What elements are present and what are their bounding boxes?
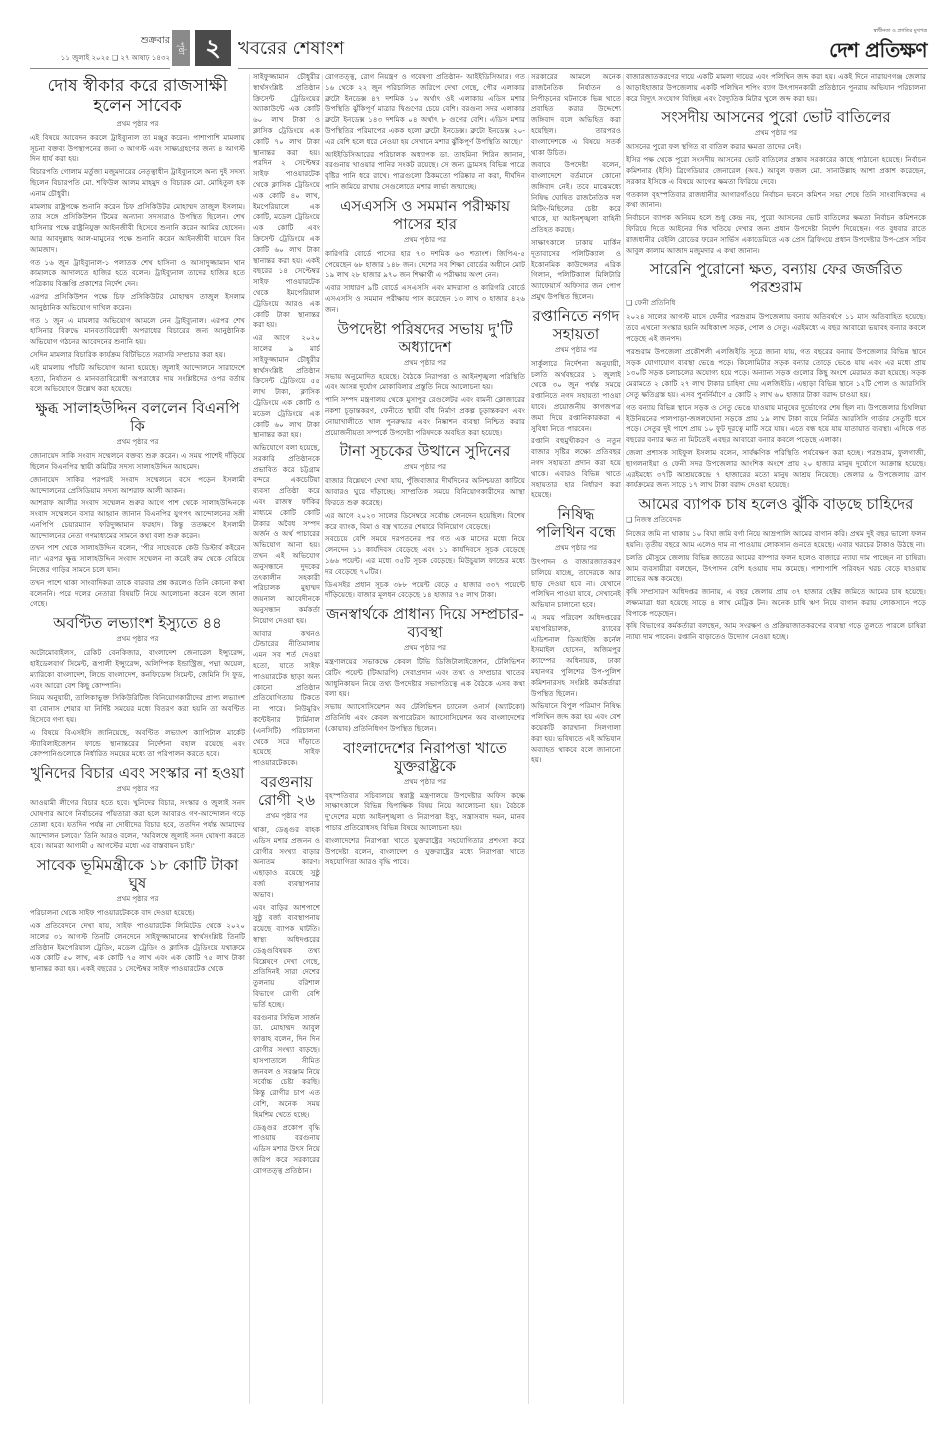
article-paragraph: রোগতত্ত্ব, রোগ নিয়ন্ত্রণ ও গবেষণা প্রতি… <box>325 72 525 148</box>
issue-date-block: শুক্রবার ১১ জুলাই ২০২৫ ❑ ২৭ আষাঢ় ১৪৩২ <box>30 34 170 64</box>
article-paragraph: ২০২৪ সালের আগস্ট মাসে ফেনীর পরশুরাম উপজে… <box>626 312 926 344</box>
article-paragraph: সার্কুলারে নির্দেশনা অনুযায়ী, চলতি অর্থ… <box>531 359 621 435</box>
article-paragraph: গত বন্যায় বিভিন্ন স্থানে সড়ক ও সেতু ভে… <box>626 403 926 446</box>
news-article: সাইফুজ্জামান চৌধুরীর স্বার্থসংশ্লিষ্ট প্… <box>253 72 320 769</box>
article-headline: সংসদীয় আসনের পুরো ভোট বাতিলের <box>626 108 926 126</box>
news-article: বরগুনায় রোগী ২৬প্রথম পৃষ্ঠার পরথাকা, ডে… <box>253 773 320 1177</box>
article-paragraph: এই মামলায় পাঁচটি অভিযোগ আনা হয়েছে। জুল… <box>30 363 245 395</box>
article-paragraph: সাইফুজ্জামান চৌধুরীর স্বার্থসংশ্লিষ্ট প্… <box>253 72 320 331</box>
article-headline: সাবেক ভূমিমন্ত্রীকে ১৮ কোটি টাকা ঘুষ <box>30 856 245 892</box>
newspaper-logo: স্বাধীনতা ও প্রগতির মুখপত্র দেশ প্রতিক্ষ… <box>829 28 927 69</box>
article-paragraph: সবচেয়ে বেশি সময়ে দরপতনের পর গত এক মাসে… <box>325 534 525 577</box>
article-paragraph: পরশুরাম উপজেলা প্রকৌশলী এলজিইডি সূত্রে জ… <box>626 347 926 401</box>
article-headline: ক্ষুব্ধ সালাহউদ্দিন বললেন বিএনপি কি <box>30 399 245 435</box>
article-headline: উপদেষ্টা পরিষদের সভায় দু'টি অধ্যাদেশ <box>325 320 525 356</box>
article-paragraph: কৃষি বিভাগের কর্মকর্তারা বলছেন, আম সংরক্… <box>626 621 926 643</box>
article-byline: ❑ ফেনী প্রতিনিধি <box>626 297 926 309</box>
article-body: জোনায়েদ সাকি সংবাদ সম্মেলনে বক্তব্য শুর… <box>30 451 245 610</box>
article-body: কারিগরি বোর্ডে পাসের হার ৭৩ দশমিক ৬৩ শতা… <box>325 249 525 316</box>
news-article: বাংলাদেশের নিরাপত্তা খাতে যুক্তরাষ্ট্রকে… <box>325 739 525 869</box>
article-body: থাকা, ডেঙ্গুর বাহক এডিস মশার প্রজনন ও রো… <box>253 825 320 1177</box>
page-label: পৃষ্ঠা <box>172 30 190 66</box>
article-paragraph: ডেঙ্গুর প্রকোপ বৃদ্ধি পাওয়ায় বরগুনায় … <box>253 1123 320 1177</box>
article-paragraph: আইইডিসিআরের পরিচালক অধ্যাপক ডা. তাহমিনা … <box>325 150 525 193</box>
article-paragraph: নিয়ম অনুযায়ী, তালিকাভুক্ত সিকিউরিটিজ ব… <box>30 693 245 725</box>
header-rule <box>238 68 928 69</box>
article-paragraph: জবাবে উপদেষ্টা বলেন, বাংলাদেশে বর্তমানে … <box>531 160 621 236</box>
column-5: বাজারজাতকরণের দায়ে একটি মামলা দায়ের এব… <box>626 72 926 1412</box>
article-headline: দোষ স্বীকার করে রাজসাক্ষী হলেন সাবেক <box>30 76 245 117</box>
article-paragraph: ডিএসইর প্রধান সূচক ৩৮৮ পয়েন্ট বেড়ে ৫ হ… <box>325 580 525 602</box>
article-paragraph: অভিযোগে বলা হয়েছে, সরকারি প্রতিষ্ঠানকে … <box>253 443 320 627</box>
article-headline: আমের ব্যাপক চাষ হলেও ঝুঁকি বাড়ছে চাহিদে… <box>626 495 926 513</box>
news-article: সারেনি পুরোনো ক্ষত, বন্যায় ফের জর্জরিত … <box>626 260 926 491</box>
continued-from-label: প্রথম পৃষ্ঠার পর <box>325 776 525 788</box>
issue-day: শুক্রবার <box>30 34 170 49</box>
article-body: সভায় অনুমোদিত হয়েছে। বৈঠকে নিরাপত্তা ও… <box>325 372 525 439</box>
article-paragraph: মামলায় রাষ্ট্রপক্ষে শুনানি করেন চিফ প্র… <box>30 202 245 256</box>
continued-from-label: প্রথম পৃষ্ঠার পর <box>30 783 245 795</box>
article-headline: টানা সূচকের উত্থানে সুদিনের <box>325 442 525 460</box>
news-article: জনস্বার্থকে প্রাধান্য দিয়ে সম্প্রচার-ব্… <box>325 605 525 735</box>
column-divider <box>249 74 250 1404</box>
column-1: দোষ স্বীকার করে রাজসাক্ষী হলেন সাবেকপ্রথ… <box>30 72 245 1412</box>
article-paragraph: কারিগরি বোর্ডে পাসের হার ৭৩ দশমিক ৬৩ শতা… <box>325 249 525 281</box>
news-article: দোষ স্বীকার করে রাজসাক্ষী হলেন সাবেকপ্রথ… <box>30 76 245 395</box>
article-paragraph: আওয়ামী লীগের বিচার হতে হবে। খুনিদের বিচ… <box>30 798 245 852</box>
news-article: সরকারের আমলে অনেক রাজনৈতিক নির্যাতন ও নি… <box>531 72 621 303</box>
article-body: সরকারের আমলে অনেক রাজনৈতিক নির্যাতন ও নি… <box>531 72 621 303</box>
article-body: পরিচালনা থেকে সাইফ পাওয়ারটেককে বাদ দেওয… <box>30 908 245 975</box>
article-paragraph: চলতি মৌসুমে জেলায় বিভিন্ন জাতের আমের বা… <box>626 553 926 585</box>
article-body: উৎপাদন ও বাজারজাতকরণ চালিয়ে যাচ্ছে, তাদ… <box>531 557 621 766</box>
continued-from-label: প্রথম পৃষ্ঠার পর <box>325 357 525 369</box>
continued-from-label: প্রথম পৃষ্ঠার পর <box>531 542 621 554</box>
column-3: রোগতত্ত্ব, রোগ নিয়ন্ত্রণ ও গবেষণা প্রতি… <box>325 72 525 1412</box>
news-article: বাজারজাতকরণের দায়ে একটি মামলা দায়ের এব… <box>626 72 926 104</box>
news-article: ক্ষুব্ধ সালাহউদ্দিন বললেন বিএনপি কিপ্রথম… <box>30 399 245 610</box>
page-number: ২ <box>195 30 231 66</box>
article-headline: এসএসসি ও সমমান পরীক্ষায় পাসের হার <box>325 197 525 233</box>
article-paragraph: তখন পাশে থাকা সাংবাদিকরা তাকে বারবার প্র… <box>30 578 245 610</box>
news-article: নিষিদ্ধ পলিথিন বন্ধেপ্রথম পৃষ্ঠার পরউৎপা… <box>531 505 621 766</box>
article-paragraph: পরিচালনা থেকে সাইফ পাওয়ারটেককে বাদ দেওয… <box>30 908 245 919</box>
article-paragraph: অটোমোবাইলস, রেকিট বেনকিজার, বাংলাদেশ জেন… <box>30 648 245 691</box>
article-paragraph: জোনায়েদ সাকি সংবাদ সম্মেলনে বক্তব্য শুর… <box>30 451 245 473</box>
news-article: সংসদীয় আসনের পুরো ভোট বাতিলেরপ্রথম পৃষ্… <box>626 108 926 256</box>
continued-from-label: প্রথম পৃষ্ঠার পর <box>325 642 525 654</box>
article-headline: খুনিদের বিচার এবং সংস্কার না হওয়া <box>30 764 245 782</box>
article-body: মন্ত্রণালয়ের সভাকক্ষে কেবল টিভি ডিজিটাল… <box>325 657 525 735</box>
article-paragraph: নির্বাচনে ব্যাপক অনিয়ম হলে শুধু কেন্দ্র… <box>626 213 926 256</box>
page-masthead: শুক্রবার ১১ জুলাই ২০২৫ ❑ ২৭ আষাঢ় ১৪৩২ প… <box>0 28 945 72</box>
article-paragraph: বরগুনার সিভিল সার্জন ডা. মোহাম্মদ আবুল ফ… <box>253 1013 320 1121</box>
article-body: বৃহস্পতিবার সচিবালয়ে স্বরাষ্ট্র মন্ত্রণ… <box>325 791 525 869</box>
article-paragraph: এবার সাধারণ ৯টি বোর্ডে এসএসসি এবং মাদরাস… <box>325 283 525 315</box>
article-paragraph: কৃষি সম্প্রসারণ অধিদপ্তর জানায়, এ বছর জ… <box>626 587 926 619</box>
article-headline: জনস্বার্থকে প্রাধান্য দিয়ে সম্প্রচার-ব্… <box>325 605 525 641</box>
continued-from-label: প্রথম পৃষ্ঠার পর <box>325 461 525 473</box>
article-headline: সারেনি পুরোনো ক্ষত, বন্যায় ফের জর্জরিত … <box>626 260 926 296</box>
article-paragraph: বিচারপতি গোলাম মর্তুজা মজুমদারের নেতৃত্ব… <box>30 167 245 199</box>
column-2: সাইফুজ্জামান চৌধুরীর স্বার্থসংশ্লিষ্ট প্… <box>253 72 320 1412</box>
column-4: সরকারের আমলে অনেক রাজনৈতিক নির্যাতন ও নি… <box>531 72 621 1412</box>
article-headline: রপ্তানিতে নগদ সহায়তা <box>531 307 621 343</box>
article-headline: নিষিদ্ধ পলিথিন বন্ধে <box>531 505 621 541</box>
continued-from-label: প্রথম পৃষ্ঠার পর <box>30 118 245 130</box>
news-article: সাবেক ভূমিমন্ত্রীকে ১৮ কোটি টাকা ঘুষপ্রথ… <box>30 856 245 975</box>
article-paragraph: আবার কখনও টেন্ডারের নীতিমালায় এমন সব শর… <box>253 629 320 769</box>
article-paragraph: এ সময় পরিবেশ অধিদপ্তরের মহাপরিচালক, র‍্… <box>531 613 621 699</box>
article-paragraph: এক প্রতিবেদনে দেখা যায়, সাইফ পাওয়ারটেক… <box>30 921 245 975</box>
article-paragraph: সরকারের আমলে অনেক রাজনৈতিক নির্যাতন ও নি… <box>531 72 621 158</box>
article-body: ২০২৪ সালের আগস্ট মাসে ফেনীর পরশুরাম উপজে… <box>626 312 926 491</box>
continued-from-label: প্রথম পৃষ্ঠার পর <box>30 893 245 905</box>
column-divider <box>623 74 624 1404</box>
article-paragraph: এবং বাড়ির আশপাশে সুষ্ঠু বর্জ্য ব্যবস্থা… <box>253 903 320 1011</box>
article-paragraph: নিজের জমি না থাকায় ১০ বিঘা জমি বর্গা নি… <box>626 529 926 551</box>
article-paragraph: এর আগে ২০২৩ সালের ডিসেম্বরে সর্বোচ্চ লেন… <box>325 511 525 533</box>
article-paragraph: থাকা, ডেঙ্গুর বাহক এডিস মশার প্রজনন ও রো… <box>253 825 320 901</box>
article-paragraph: বাজার বিশ্লেষণে দেখা যায়, পুঁজিবাজার দী… <box>325 476 525 508</box>
news-article: রপ্তানিতে নগদ সহায়তাপ্রথম পৃষ্ঠার পরসার… <box>531 307 621 501</box>
news-article: খুনিদের বিচার এবং সংস্কার না হওয়াপ্রথম … <box>30 764 245 852</box>
header-rule <box>30 68 170 69</box>
article-body: আওয়ামী লীগের বিচার হতে হবে। খুনিদের বিচ… <box>30 798 245 852</box>
article-body: আসনের পুরো ফল স্থগিত বা বাতিল করার ক্ষমত… <box>626 142 926 256</box>
article-headline: অবণ্টিত লভ্যাংশ ইস্যুতে ৪৪ <box>30 614 245 632</box>
continued-from-label: প্রথম পৃষ্ঠার পর <box>253 810 320 822</box>
article-headline: বাংলাদেশের নিরাপত্তা খাতে যুক্তরাষ্ট্রকে <box>325 739 525 775</box>
article-body: রোগতত্ত্ব, রোগ নিয়ন্ত্রণ ও গবেষণা প্রতি… <box>325 72 525 193</box>
article-paragraph: অভিযানে বিপুল পরিমাণ নিষিদ্ধ পলিথিন জব্দ… <box>531 701 621 766</box>
news-article: আমের ব্যাপক চাষ হলেও ঝুঁকি বাড়ছে চাহিদে… <box>626 495 926 643</box>
article-byline: ❑ নিজস্ব প্রতিবেদক <box>626 514 926 526</box>
article-paragraph: সেদিন মামলার বিচারিক কার্যক্রম বিটিভিতে … <box>30 350 245 361</box>
article-paragraph: এরপর প্রসিকিউশন পক্ষে চিফ প্রসিকিউটর মোহ… <box>30 292 245 314</box>
article-paragraph: রপ্তানি বহুমুখীকরণ ও নতুন বাজার সৃষ্টির … <box>531 436 621 501</box>
article-paragraph: গত ১৬ জুন ট্রাইব্যুনাল-১ পলাতক শেখ হাসিন… <box>30 258 245 290</box>
column-divider <box>528 74 529 1404</box>
article-paragraph: বাজারজাতকরণের দায়ে একটি মামলা দায়ের এব… <box>626 72 926 104</box>
news-article: টানা সূচকের উত্থানে সুদিনেরপ্রথম পৃষ্ঠার… <box>325 442 525 601</box>
article-paragraph: সভায় অ্যাসোসিয়েশন অব টেলিভিশন চ্যানেল … <box>325 702 525 734</box>
article-paragraph: বৃহস্পতিবার সচিবালয়ে স্বরাষ্ট্র মন্ত্রণ… <box>325 791 525 834</box>
section-title: খবরের শেষাংশ <box>238 34 344 65</box>
article-paragraph: তখন পাশ থেকে সালাহউদ্দিন বলেন, 'পীর সাহে… <box>30 543 245 575</box>
article-paragraph: সাক্ষাৎকালে ঢাকায় মার্কিন দূতাবাসের পলি… <box>531 238 621 303</box>
article-paragraph: এ বিষয়ে বিএসইসি জানিয়েছে, অবণ্টিত লভ্য… <box>30 728 245 760</box>
article-body: বাজার বিশ্লেষণে দেখা যায়, পুঁজিবাজার দী… <box>325 476 525 601</box>
article-body: বাজারজাতকরণের দায়ে একটি মামলা দায়ের এব… <box>626 72 926 104</box>
article-paragraph: পানি সম্পদ মন্ত্রণালয় থেকে মুসাপুর রেগু… <box>325 395 525 438</box>
column-divider <box>322 74 323 1404</box>
article-paragraph: জোনায়েদ সাকির পরপরই সংবাদ সম্মেলনে বসে … <box>30 475 245 497</box>
article-paragraph: এই বিষয়ে আবেদন করলে ট্রাইব্যুনাল তা মঞ্… <box>30 133 245 165</box>
brand-tagline: স্বাধীনতা ও প্রগতির মুখপত্র <box>829 28 927 36</box>
article-paragraph: গতকাল বৃহস্পতিবার রাজধানীর আগারগাঁওয়ে ন… <box>626 190 926 212</box>
article-paragraph: জেলা প্রশাসক সাইফুল ইসলাম বলেন, সার্বক্ষ… <box>626 448 926 491</box>
article-paragraph: আশরাফ আলীর সংবাদ সম্মেলন শুরুর আগে পাশ থ… <box>30 498 245 541</box>
article-body: নিজের জমি না থাকায় ১০ বিঘা জমি বর্গা নি… <box>626 529 926 643</box>
article-body: সাইফুজ্জামান চৌধুরীর স্বার্থসংশ্লিষ্ট প্… <box>253 72 320 769</box>
article-paragraph: উৎপাদন ও বাজারজাতকরণ চালিয়ে যাচ্ছে, তাদ… <box>531 557 621 611</box>
article-body: অটোমোবাইলস, রেকিট বেনকিজার, বাংলাদেশ জেন… <box>30 648 245 760</box>
continued-from-label: প্রথম পৃষ্ঠার পর <box>30 633 245 645</box>
article-headline: বরগুনায় রোগী ২৬ <box>253 773 320 809</box>
article-body: সার্কুলারে নির্দেশনা অনুযায়ী, চলতি অর্থ… <box>531 359 621 501</box>
article-paragraph: ইসির পক্ষ থেকে পুরো সংসদীয় আসনের ভোট বা… <box>626 155 926 187</box>
continued-from-label: প্রথম পৃষ্ঠার পর <box>531 344 621 356</box>
article-paragraph: গত ১ জুন এ মামলার অভিযোগ আমলে নেন ট্রাইব… <box>30 316 245 348</box>
article-paragraph: আসনের পুরো ফল স্থগিত বা বাতিল করার ক্ষমত… <box>626 142 926 153</box>
continued-from-label: প্রথম পৃষ্ঠার পর <box>325 234 525 246</box>
article-paragraph: বাংলাদেশের নিরাপত্তা খাতে যুক্তরাষ্ট্রের… <box>325 836 525 868</box>
article-body: এই বিষয়ে আবেদন করলে ট্রাইব্যুনাল তা মঞ্… <box>30 133 245 395</box>
brand-name: দেশ প্রতিক্ষণ <box>829 36 927 69</box>
news-article: রোগতত্ত্ব, রোগ নিয়ন্ত্রণ ও গবেষণা প্রতি… <box>325 72 525 193</box>
issue-date: ১১ জুলাই ২০২৫ ❑ ২৭ আষাঢ় ১৪৩২ <box>30 52 170 64</box>
news-article: অবণ্টিত লভ্যাংশ ইস্যুতে ৪৪প্রথম পৃষ্ঠার … <box>30 614 245 760</box>
continued-from-label: প্রথম পৃষ্ঠার পর <box>626 127 926 139</box>
article-paragraph: এর আগে ২০২০ সালের ৯ মার্চ সাইফুজ্জামান চ… <box>253 333 320 441</box>
continued-from-label: প্রথম পৃষ্ঠার পর <box>30 436 245 448</box>
article-paragraph: সভায় অনুমোদিত হয়েছে। বৈঠকে নিরাপত্তা ও… <box>325 372 525 394</box>
news-article: এসএসসি ও সমমান পরীক্ষায় পাসের হারপ্রথম … <box>325 197 525 316</box>
news-article: উপদেষ্টা পরিষদের সভায় দু'টি অধ্যাদেশপ্র… <box>325 320 525 439</box>
article-paragraph: মন্ত্রণালয়ের সভাকক্ষে কেবল টিভি ডিজিটাল… <box>325 657 525 700</box>
